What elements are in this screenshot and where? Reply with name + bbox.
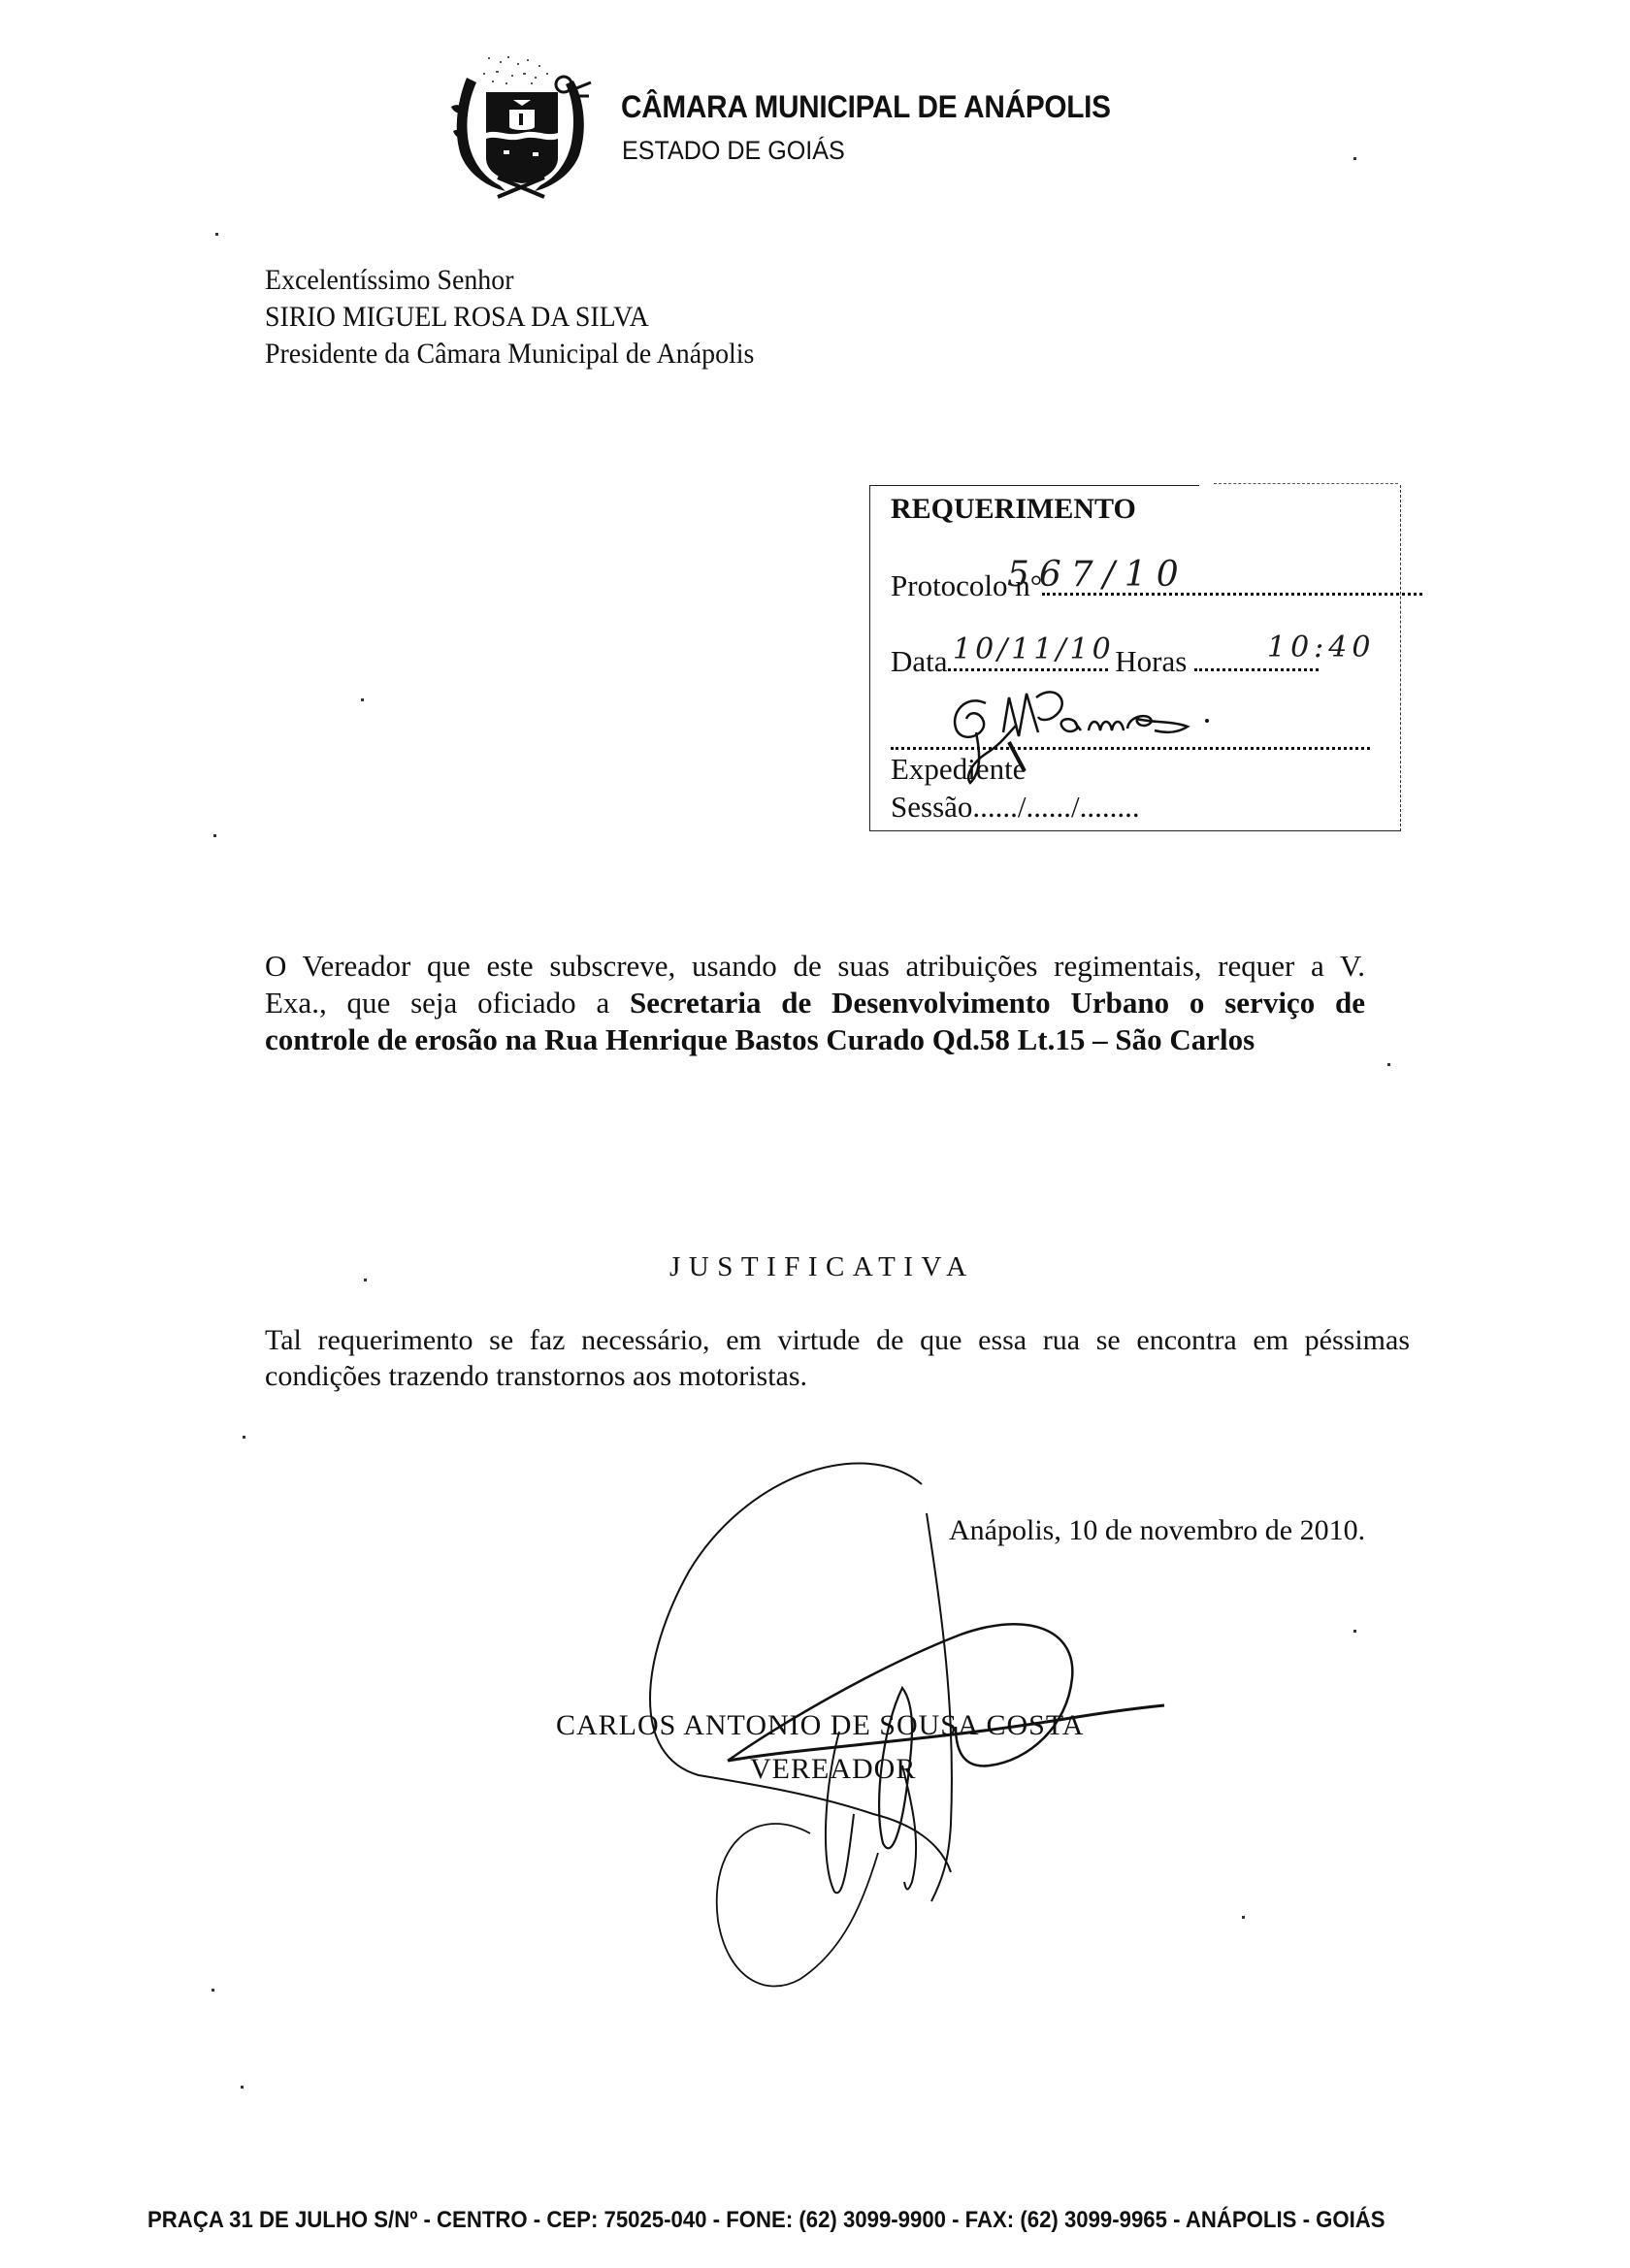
scan-speck — [241, 2086, 244, 2089]
stamp-session-row: Sessão....../....../........ — [891, 790, 1140, 825]
date-dotted-line — [948, 668, 1108, 671]
date-label: Data — [891, 644, 948, 678]
body-line-1: O Vereador que este subscreve, usando de… — [265, 949, 1365, 984]
justification-line-1: Tal requerimento se faz necessário, em v… — [265, 1324, 1410, 1357]
stamp-border-top — [869, 485, 1199, 486]
stamp-border-left — [869, 485, 870, 831]
signer-name: CARLOS ANTONIO DE SOUSA COSTA — [556, 1709, 1084, 1742]
addressee-title: Presidente da Câmara Municipal de Anápol… — [265, 338, 754, 371]
date-handwritten-value: 10/11/10 — [953, 632, 1115, 666]
body-line-2-plain: Exa., que seja oficiado a — [265, 986, 609, 1020]
session-value: ....../....../........ — [972, 790, 1139, 824]
organization-state: ESTADO DE GOIÁS — [622, 136, 845, 166]
session-label: Sessão — [891, 790, 972, 824]
protocol-handwritten-value: 567/10 — [1007, 555, 1189, 595]
scan-speck — [215, 233, 218, 236]
scan-speck — [213, 834, 216, 837]
footer-address: PRAÇA 31 DE JULHO S/Nº - CENTRO - CEP: 7… — [147, 2207, 1385, 2234]
councilman-signature-icon — [621, 1436, 1164, 1863]
scan-speck — [361, 698, 364, 701]
expediente-label: Expediente — [891, 752, 1026, 787]
addressee-salutation: Excelentíssimo Senhor — [265, 264, 513, 297]
protocol-stamp: REQUERIMENTO Protocolo n° 567/10 Data Ho… — [869, 485, 1401, 831]
signer-role: VEREADOR — [750, 1753, 916, 1786]
hours-handwritten-value: 10:40 — [1267, 631, 1375, 664]
stamp-border-right — [1400, 485, 1401, 831]
body-line-2-bold: Secretaria de Desenvolvimento Urbano o s… — [630, 986, 1365, 1020]
stamp-title: REQUERIMENTO — [891, 493, 1136, 526]
hours-label: Horas — [1115, 644, 1187, 678]
justification-line-2: condições trazendo transtornos aos motor… — [265, 1360, 807, 1393]
scan-speck — [364, 1279, 367, 1281]
scan-speck — [212, 1989, 214, 1992]
stamp-border-top-right — [1214, 483, 1398, 484]
scan-speck — [1353, 157, 1356, 160]
organization-name: CÂMARA MUNICIPAL DE ANÁPOLIS — [621, 89, 1111, 125]
scan-speck — [1387, 1063, 1390, 1066]
addressee-name: SIRIO MIGUEL ROSA DA SILVA — [265, 301, 649, 334]
coat-of-arms-icon — [449, 53, 595, 199]
scan-speck — [1353, 1630, 1356, 1633]
stamp-border-bottom — [869, 830, 1401, 831]
justification-heading: JUSTIFICATIVA — [669, 1251, 975, 1283]
body-line-2: Exa., que seja oficiado a Secretaria de … — [265, 986, 1365, 1021]
scan-speck — [1242, 1916, 1245, 1919]
hours-dotted-line — [1194, 668, 1319, 671]
scan-speck — [243, 1436, 245, 1439]
body-line-3: controle de erosão na Rua Henrique Basto… — [265, 1022, 1255, 1057]
